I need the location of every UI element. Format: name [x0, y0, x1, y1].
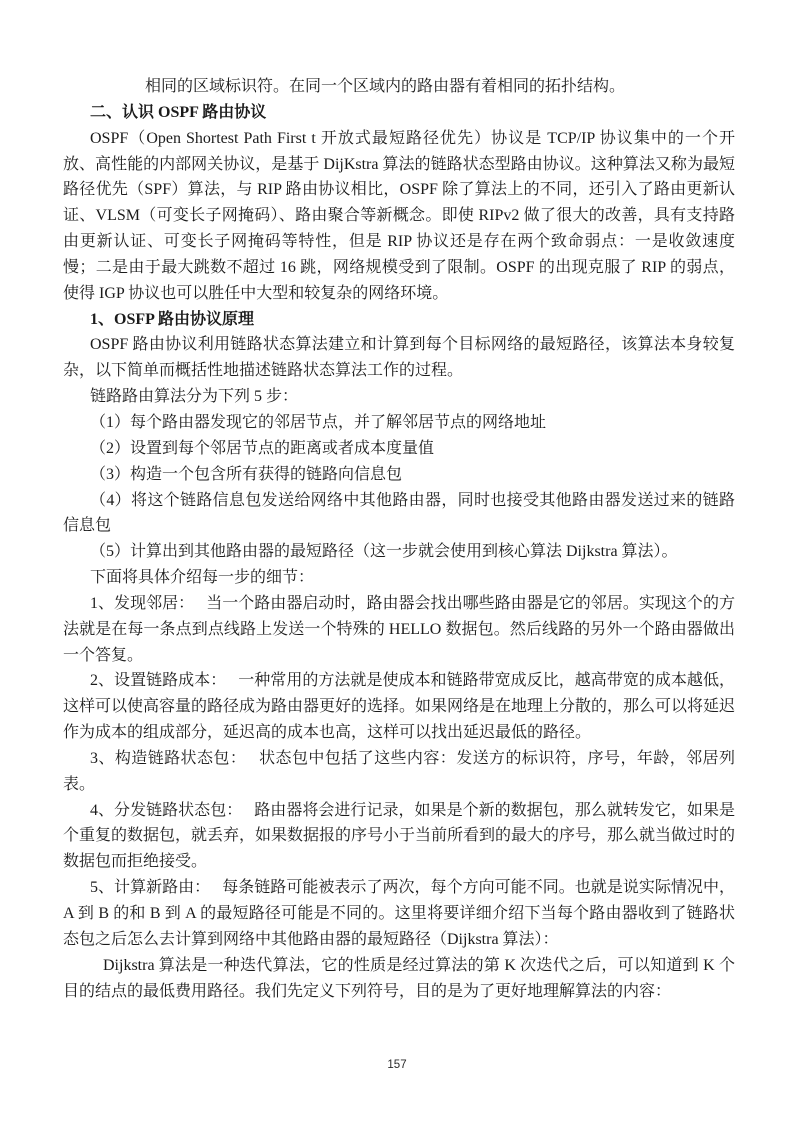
document-page: 相同的区域标识符。在同一个区域内的路由器有着相同的拓扑结构。二、认识 OSPF … [0, 0, 794, 1123]
heading-subsection-1-osfp-principle: 1、OSFP 路由协议原理 [63, 307, 735, 333]
para-details-intro: 下面将具体介绍每一步的细节： [63, 565, 735, 591]
para-step-4: （4）将这个链路信息包发送给网络中其他路由器，同时也接受其他路由器发送过来的链路… [63, 488, 735, 540]
para-detail-1-discover-neighbors: 1、发现邻居： 当一个路由器启动时，路由器会找出哪些路由器是它的邻居。实现这个的… [63, 591, 735, 669]
para-ospf-introduction: OSPF（Open Shortest Path First t 开放式最短路径优… [63, 126, 735, 307]
heading-section-two-ospf: 二、认识 OSPF 路由协议 [63, 100, 735, 126]
para-detail-2-set-link-cost: 2、设置链路成本： 一种常用的方法就是使成本和链路带宽成反比，越高带宽的成本越低… [63, 668, 735, 746]
para-step-5: （5）计算出到其他路由器的最短路径（这一步就会使用到核心算法 Dijkstra … [63, 539, 735, 565]
para-five-steps-intro: 链路路由算法分为下列 5 步： [63, 384, 735, 410]
para-step-1: （1）每个路由器发现它的邻居节点，并了解邻居节点的网络地址 [63, 410, 735, 436]
para-link-state-overview: OSPF 路由协议利用链路状态算法建立和计算到每个目标网络的最短路径，该算法本身… [63, 332, 735, 384]
document-body: 相同的区域标识符。在同一个区域内的路由器有着相同的拓扑结构。二、认识 OSPF … [63, 74, 735, 1004]
page-number: 157 [0, 1059, 794, 1071]
para-detail-4-distribute-lsp: 4、分发链路状态包： 路由器将会进行记录，如果是个新的数据包，那么就转发它，如果… [63, 798, 735, 876]
para-continued-from-previous-page: 相同的区域标识符。在同一个区域内的路由器有着相同的拓扑结构。 [63, 74, 735, 100]
para-step-2: （2）设置到每个邻居节点的距离或者成本度量值 [63, 436, 735, 462]
para-detail-5-compute-routes: 5、计算新路由： 每条链路可能被表示了两次，每个方向可能不同。也就是说实际情况中… [63, 875, 735, 953]
para-dijkstra-definition: Dijkstra 算法是一种迭代算法，它的性质是经过算法的第 K 次迭代之后，可… [63, 953, 735, 1005]
para-step-3: （3）构造一个包含所有获得的链路向信息包 [63, 462, 735, 488]
para-detail-3-build-lsp: 3、构造链路状态包： 状态包中包括了这些内容：发送方的标识符，序号，年龄，邻居列… [63, 746, 735, 798]
